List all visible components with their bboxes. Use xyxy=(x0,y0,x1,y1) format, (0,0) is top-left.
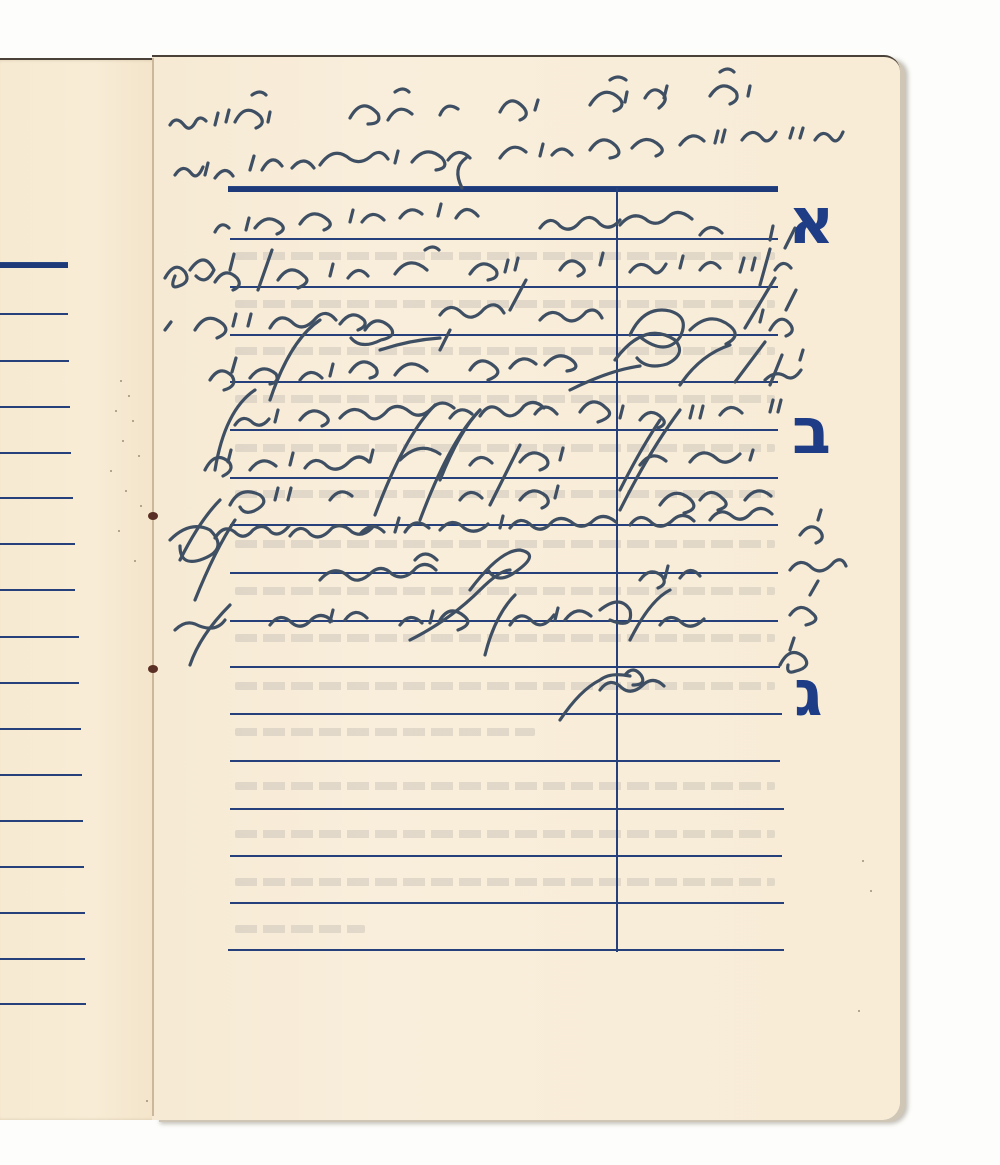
left-rule xyxy=(0,820,83,822)
left-rule xyxy=(0,912,85,914)
left-rule xyxy=(0,1003,86,1005)
table-row-rule xyxy=(230,808,784,810)
notebook-spread: א ב ג xyxy=(0,0,1000,1165)
left-rule-top xyxy=(0,262,68,268)
left-rule xyxy=(0,728,81,730)
table-column-divider xyxy=(616,188,618,952)
table-row-rule xyxy=(230,429,778,431)
table-row-rule xyxy=(230,286,778,288)
margin-letter-gimel: ג xyxy=(794,662,823,726)
left-rule xyxy=(0,866,84,868)
left-rule xyxy=(0,636,79,638)
table-row-rule xyxy=(230,572,778,574)
staple-hole xyxy=(148,512,158,520)
left-rule xyxy=(0,360,69,362)
table-row-rule xyxy=(230,524,778,526)
spine-fold xyxy=(152,58,154,1116)
table-row-rule xyxy=(230,238,778,240)
table-row-rule xyxy=(228,949,784,951)
left-rule xyxy=(0,313,68,315)
left-rule xyxy=(0,543,75,545)
margin-letter-alef: א xyxy=(788,190,835,254)
table-row-rule xyxy=(230,334,778,336)
table-header-rule xyxy=(228,186,778,192)
margin-letter-bet: ב xyxy=(792,400,831,464)
left-rule xyxy=(0,774,82,776)
left-rule xyxy=(0,452,71,454)
table-row-rule xyxy=(230,713,782,715)
table-row-rule xyxy=(230,760,780,762)
table-row-rule xyxy=(230,855,782,857)
left-rule xyxy=(0,958,85,960)
left-rule xyxy=(0,497,73,499)
table-row-rule xyxy=(230,477,778,479)
table-row-rule xyxy=(230,902,784,904)
table-row-rule xyxy=(230,666,780,668)
left-rule xyxy=(0,589,75,591)
table-row-rule xyxy=(230,381,778,383)
table-row-rule xyxy=(230,620,778,622)
left-rule xyxy=(0,406,70,408)
left-rule xyxy=(0,682,79,684)
staple-hole xyxy=(148,665,158,673)
